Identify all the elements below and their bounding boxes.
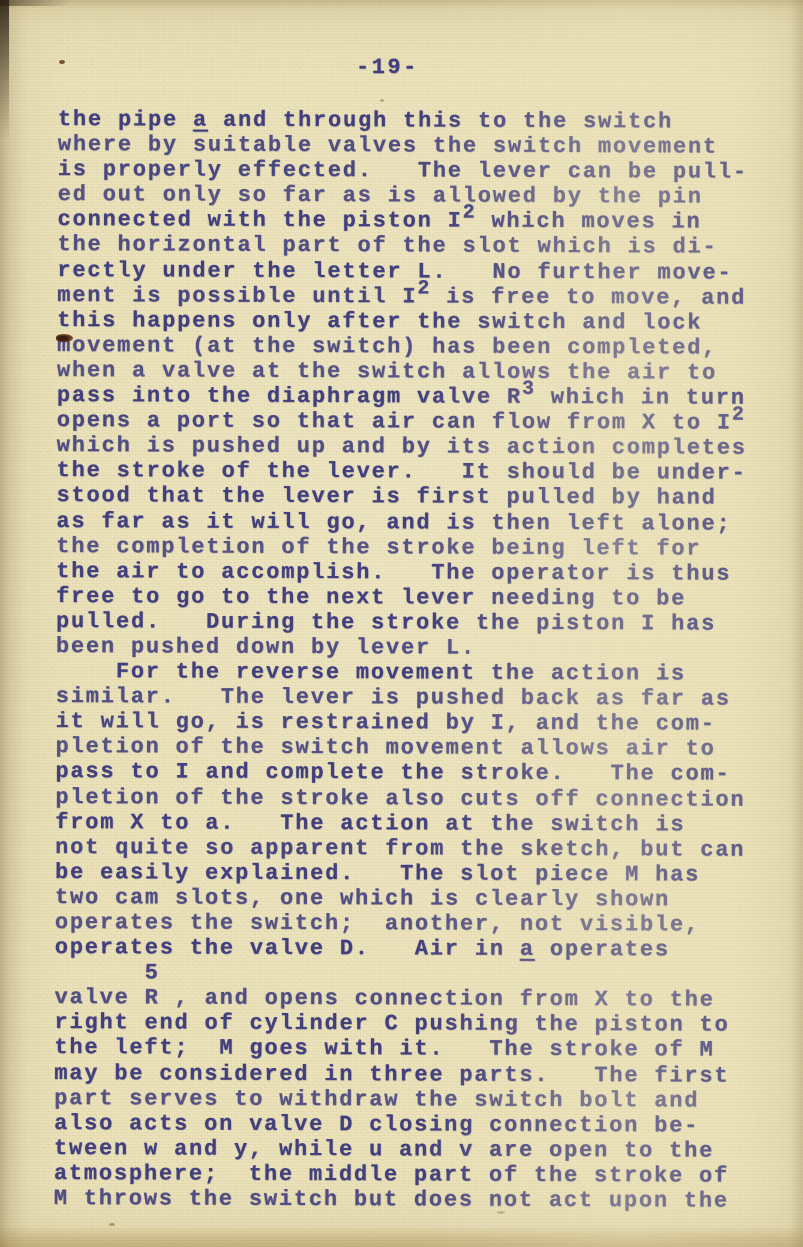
text-segment: part serves to withdraw the switch bolt … — [54, 1086, 699, 1113]
text-line: valve R , and opens connection from X to… — [55, 985, 767, 1013]
text-segment: be easily explained. The slot piece M ha… — [55, 860, 700, 887]
text-line: the completion of the stroke being left … — [56, 534, 768, 562]
text-segment: the stroke of the lever. It should be un… — [57, 458, 747, 486]
text-line: when a valve at the switch allows the ai… — [57, 358, 769, 386]
paragraph: the pipe a and through this to the switc… — [56, 107, 770, 662]
text-segment: ed out only so far as is allowed by the … — [58, 182, 703, 209]
text-segment: pass into the diaphragm valve R — [57, 383, 522, 410]
text-segment: operates the switch; another, not visibl… — [55, 910, 700, 937]
paper-speck — [380, 99, 384, 102]
text-line: atmosphere; the middle part of the strok… — [54, 1161, 766, 1189]
body-text: the pipe a and through this to the switc… — [54, 107, 770, 1214]
text-segment: been pushed down by lever L. — [56, 634, 476, 661]
text-line: rectly under the letter L. No further mo… — [57, 258, 769, 286]
text-line: where by suitable valves the switch move… — [58, 132, 770, 160]
text-line: ment is possible until I2 is free to mov… — [57, 283, 769, 311]
text-line: similar. The lever is pushed back as far… — [56, 684, 768, 712]
text-segment: where by suitable valves the switch move… — [58, 132, 718, 160]
text-line: pletion of the switch movement allows ai… — [55, 734, 767, 762]
page-edge-shadow-left — [0, 0, 9, 140]
text-line: operates the switch; another, not visibl… — [55, 910, 767, 938]
text-segment: pass to I and complete the stroke. The c… — [55, 759, 730, 787]
text-segment: is free to move, and — [431, 284, 746, 310]
text-segment: the horizontal part of the slot which is… — [57, 232, 717, 260]
text-segment: ment is possible until I — [57, 283, 417, 309]
text-segment: from X to a. The action at the switch is — [55, 810, 685, 837]
paragraph: For the reverse movement the action issi… — [54, 659, 768, 1214]
text-segment: opens a port so that air can flow from X… — [57, 408, 732, 436]
paper-speck — [59, 60, 65, 64]
text-segment: rectly under the letter L. No further mo… — [57, 258, 732, 286]
text-line: movement (at the switch) has been comple… — [57, 333, 769, 361]
text-line: which is pushed up and by its action com… — [57, 433, 769, 461]
text-line: is properly effected. The lever can be p… — [58, 157, 770, 185]
text-line: tween w and y, while u and v are open to… — [54, 1136, 766, 1164]
text-line: this happens only after the switch and l… — [57, 308, 769, 336]
text-segment: free to go to the next lever needing to … — [56, 584, 686, 611]
text-segment: right end of cylinder C pushing the pist… — [54, 1010, 729, 1038]
underlined-label: a — [193, 108, 208, 133]
text-line: pulled. During the stroke the piston I h… — [56, 609, 768, 637]
text-line: the horizontal part of the slot which is… — [57, 232, 769, 260]
text-line: operates the valve D. Air in a operates — [55, 935, 767, 963]
text-line: the stroke of the lever. It should be un… — [57, 458, 769, 486]
text-segment: the pipe — [58, 107, 193, 133]
text-segment: movement (at the switch) has been comple… — [57, 333, 717, 361]
paper-speck — [109, 1223, 115, 1226]
superscript-label: 2 — [463, 202, 477, 225]
text-line: part serves to withdraw the switch bolt … — [54, 1086, 766, 1114]
text-line: 5 — [55, 960, 767, 988]
text-line: right end of cylinder C pushing the pist… — [54, 1010, 766, 1038]
text-line: ed out only so far as is allowed by the … — [58, 182, 770, 210]
text-segment: this happens only after the switch and l… — [57, 308, 702, 335]
text-segment: M throws the switch but does not act upo… — [54, 1186, 729, 1214]
underlined-label: a — [520, 937, 535, 962]
text-segment: when a valve at the switch allows the ai… — [57, 358, 717, 386]
text-segment: not quite so apparent from the sketch, b… — [55, 835, 745, 863]
text-segment: it will go, is restrained by I, and the … — [56, 709, 716, 737]
text-segment: For the reverse movement the action is — [56, 659, 686, 686]
text-line: the left; M goes with it. The stroke of … — [54, 1035, 766, 1063]
text-segment: the completion of the stroke being left … — [56, 534, 701, 561]
text-segment: may be considered in three parts. The fi… — [54, 1061, 729, 1089]
text-line: it will go, is restrained by I, and the … — [56, 709, 768, 737]
text-segment: pletion of the switch movement allows ai… — [55, 734, 715, 762]
text-line: not quite so apparent from the sketch, b… — [55, 835, 767, 863]
text-segment: which in turn — [536, 385, 746, 411]
text-line: as far as it will go, and is then left a… — [56, 508, 768, 536]
text-line: pletion of the stroke also cuts off conn… — [55, 785, 767, 813]
text-segment: tween w and y, while u and v are open to… — [54, 1136, 714, 1164]
text-segment: 5 — [55, 960, 160, 985]
page-edge-shadow-top — [0, 0, 70, 6]
text-line: pass into the diaphragm valve R3 which i… — [57, 383, 769, 411]
text-line: For the reverse movement the action is — [56, 659, 768, 687]
text-segment: also acts on valve D closing connection … — [54, 1111, 699, 1138]
text-segment: connected with the piston I — [58, 207, 463, 234]
superscript-label: 2 — [732, 404, 746, 427]
text-segment: similar. The lever is pushed back as far… — [56, 684, 731, 712]
superscript-label: 2 — [417, 277, 431, 300]
text-segment: which is pushed up and by its action com… — [57, 433, 747, 461]
text-line: also acts on valve D closing connection … — [54, 1111, 766, 1139]
text-segment: valve R , and opens connection from X to… — [55, 985, 715, 1013]
text-line: two cam slots, one which is clearly show… — [55, 885, 767, 913]
text-segment: as far as it will go, and is then left a… — [56, 508, 731, 536]
text-segment: stood that the lever is first pulled by … — [56, 483, 716, 511]
text-segment: atmosphere; the middle part of the strok… — [54, 1161, 729, 1189]
text-segment: operates the valve D. Air in — [55, 935, 520, 962]
document-page: -19- the pipe a and through this to the … — [0, 0, 803, 1247]
text-segment: which moves in — [476, 209, 701, 235]
page-number: -19- — [356, 55, 419, 80]
text-line: pass to I and complete the stroke. The c… — [55, 759, 767, 787]
text-line: the air to accomplish. The operator is t… — [56, 559, 768, 587]
text-line: opens a port so that air can flow from X… — [57, 408, 769, 436]
text-line: stood that the lever is first pulled by … — [56, 483, 768, 511]
text-line: been pushed down by lever L. — [56, 634, 768, 662]
superscript-label: 3 — [522, 378, 536, 401]
text-line: be easily explained. The slot piece M ha… — [55, 860, 767, 888]
text-line: connected with the piston I2 which moves… — [58, 207, 770, 235]
text-segment: operates — [535, 937, 670, 963]
text-segment: the left; M goes with it. The stroke of … — [54, 1035, 714, 1063]
text-segment: two cam slots, one which is clearly show… — [55, 885, 670, 912]
text-line: from X to a. The action at the switch is — [55, 810, 767, 838]
text-segment: pletion of the stroke also cuts off conn… — [55, 785, 745, 813]
text-segment: is properly effected. The lever can be p… — [58, 157, 748, 185]
text-segment: the air to accomplish. The operator is t… — [56, 559, 731, 587]
text-line: the pipe a and through this to the switc… — [58, 107, 770, 135]
text-line: free to go to the next lever needing to … — [56, 584, 768, 612]
text-line: M throws the switch but does not act upo… — [54, 1186, 766, 1214]
text-segment: and through this to the switch — [208, 108, 673, 135]
text-line: may be considered in three parts. The fi… — [54, 1061, 766, 1089]
text-segment: pulled. During the stroke the piston I h… — [56, 609, 716, 637]
